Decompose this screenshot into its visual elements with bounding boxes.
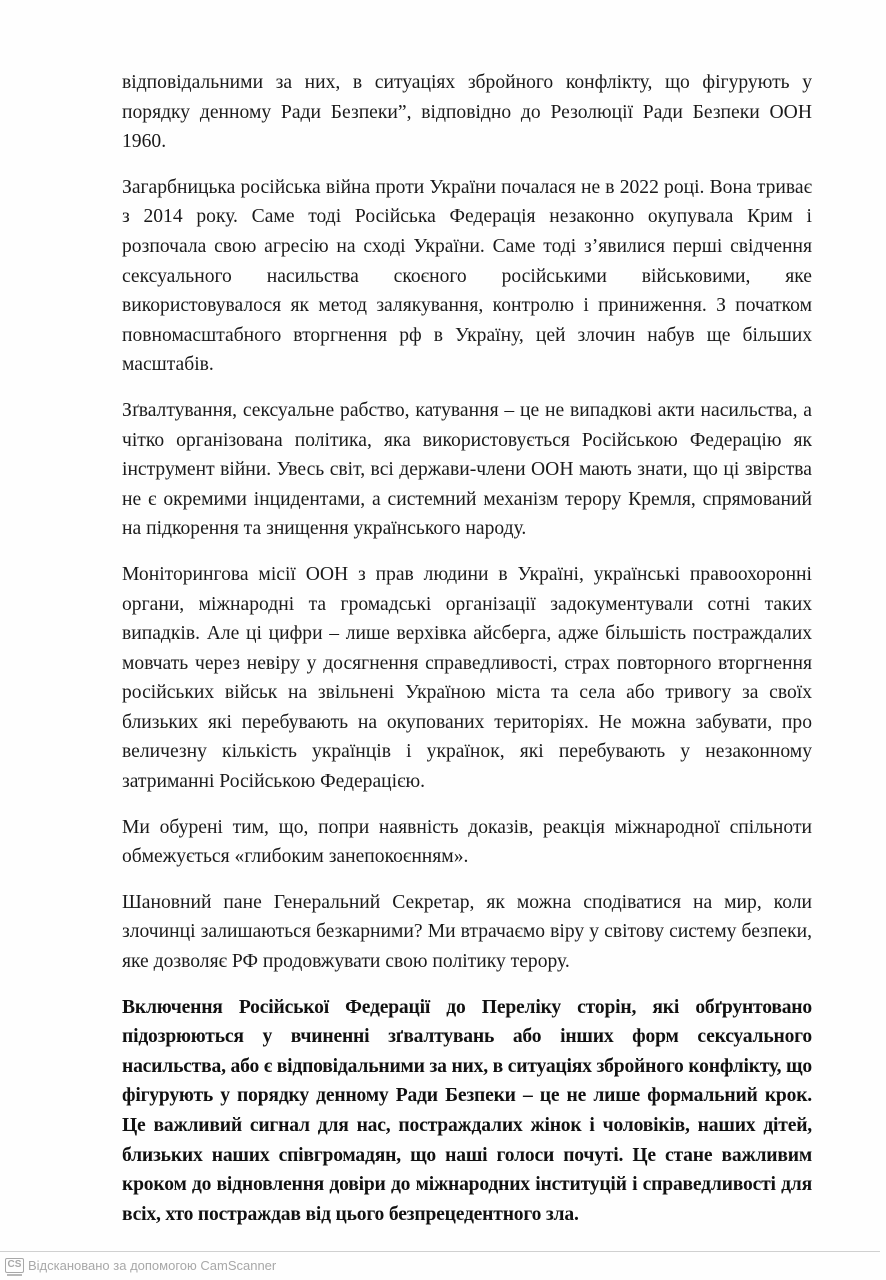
- paragraph-war-since-2014: Загарбницька російська війна проти Украї…: [122, 173, 812, 380]
- paragraph-secretary-general-appeal: Шановний пане Генеральний Секретар, як м…: [122, 888, 812, 977]
- camscanner-logo-icon: CS: [5, 1258, 24, 1273]
- paragraph-inclusion-in-list: Включення Російської Федерації до Перелі…: [122, 993, 812, 1230]
- paragraph-documented-cases: Моніторингова місії ООН з прав людини в …: [122, 560, 812, 797]
- paragraph-resolution-1960: відповідальними за них, в ситуаціях збро…: [122, 68, 812, 157]
- paragraph-deep-concern: Ми обурені тим, що, попри наявність дока…: [122, 813, 812, 872]
- camscanner-label: Відскановано за допомогою CamScanner: [28, 1258, 276, 1273]
- camscanner-footer: CS Відскановано за допомогою CamScanner: [5, 1256, 276, 1274]
- paragraph-weapon-of-war: Зґвалтування, сексуальне рабство, катува…: [122, 396, 812, 544]
- document-page: відповідальними за них, в ситуаціях збро…: [122, 68, 812, 1245]
- footer-divider: [0, 1251, 880, 1252]
